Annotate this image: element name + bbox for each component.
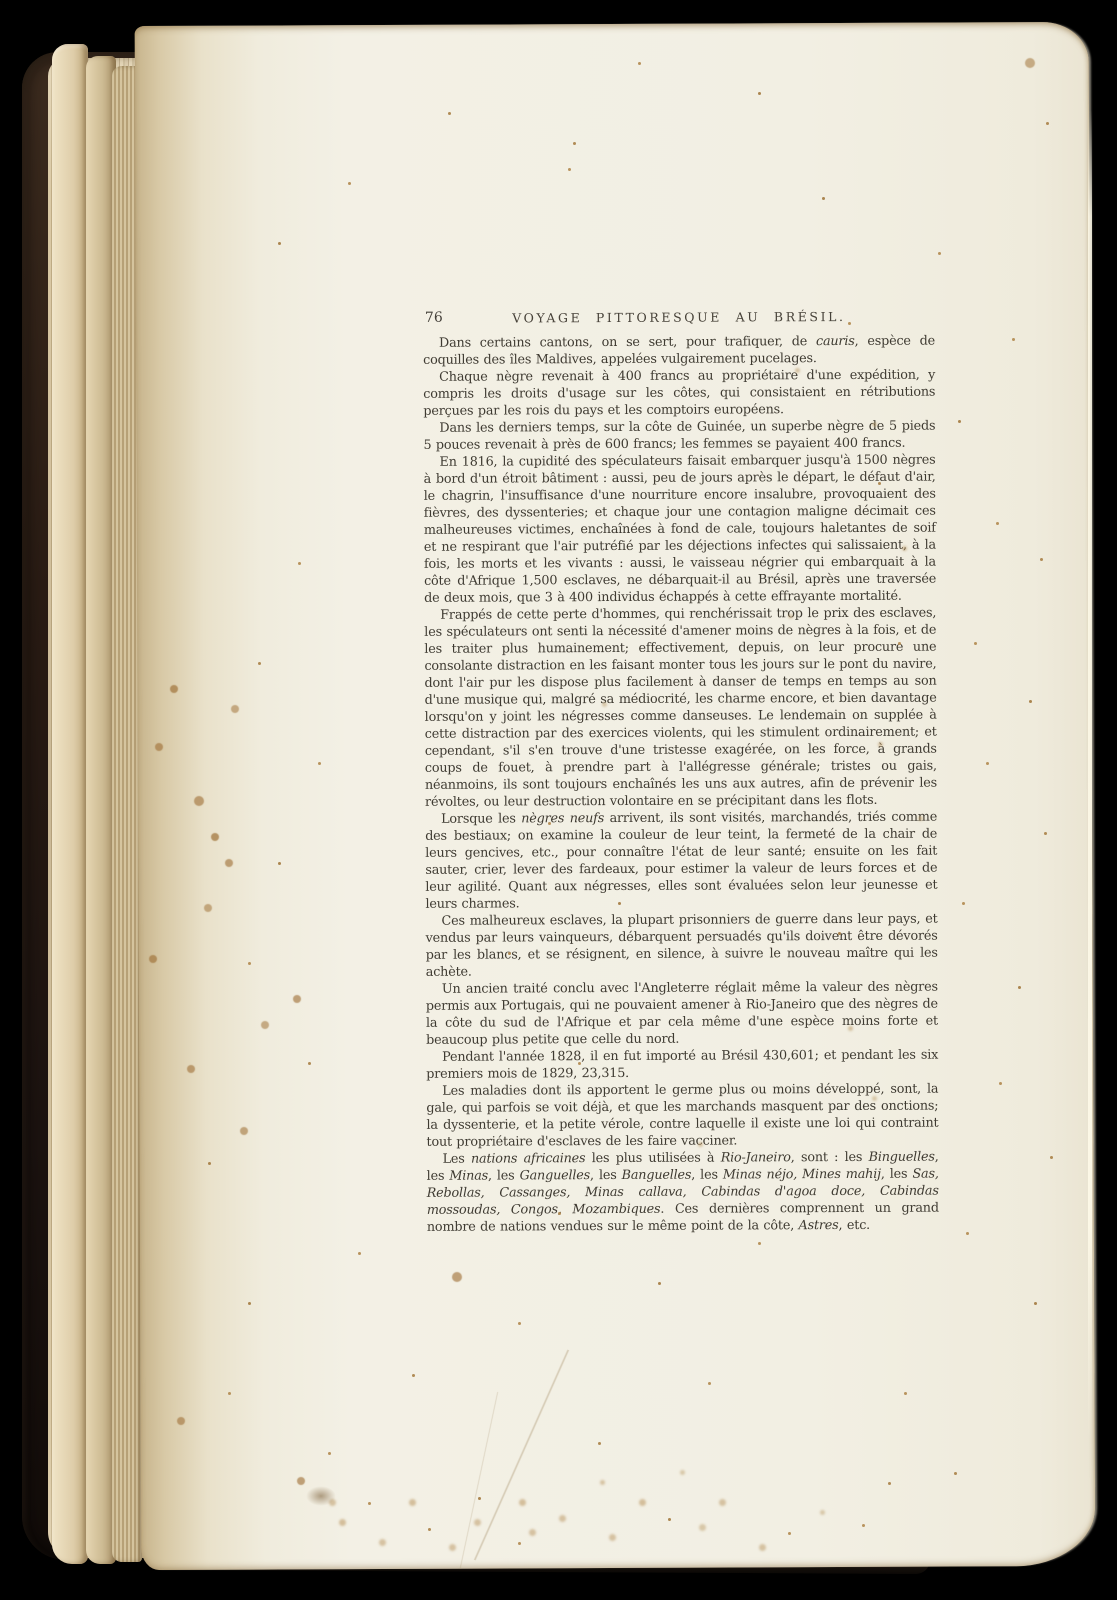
paragraph: Chaque nègre revenait à 400 francs au pr… bbox=[423, 367, 935, 420]
text-segment: Chaque nègre revenait à 400 francs au pr… bbox=[423, 368, 935, 419]
text-segment: , les bbox=[488, 1168, 520, 1183]
text-segment: , les bbox=[590, 1168, 622, 1183]
text-segment: Frappés de cette perte d'hommes, qui ren… bbox=[424, 606, 937, 810]
foxing-spots-small bbox=[0, 0, 3, 3]
text-segment: , les bbox=[881, 1167, 913, 1182]
scanned-book-photo: 76 VOYAGE PITTORESQUE AU BRÉSIL. Dans ce… bbox=[0, 0, 1117, 1600]
paragraph: Lorsque les nègres neufs arrivent, ils s… bbox=[425, 809, 937, 913]
paragraph: Frappés de cette perte d'hommes, qui ren… bbox=[424, 605, 937, 811]
paragraph: Les nations africaines les plus utilisée… bbox=[427, 1149, 939, 1236]
text-segment: Pendant l'année 1828, il en fut importé … bbox=[426, 1048, 938, 1082]
text-segment: , etc. bbox=[838, 1218, 870, 1233]
foxing-spots-faint bbox=[0, 0, 5, 5]
paragraph: Ces malheureux esclaves, la plupart pris… bbox=[426, 911, 938, 981]
text-segment: Lorsque les bbox=[441, 811, 521, 826]
book-page: 76 VOYAGE PITTORESQUE AU BRÉSIL. Dans ce… bbox=[135, 22, 1096, 1570]
running-title: VOYAGE PITTORESQUE AU BRÉSIL. bbox=[423, 309, 935, 326]
paragraph: Les maladies dont ils apportent le germe… bbox=[426, 1081, 938, 1151]
text-segment: Un ancien traité conclu avec l'Angleterr… bbox=[426, 980, 938, 1048]
paragraph: Pendant l'année 1828, il en fut importé … bbox=[426, 1047, 938, 1083]
text-segment: Dans les derniers temps, sur la côte de … bbox=[423, 419, 935, 453]
text-segment: Les bbox=[443, 1152, 471, 1167]
page-edge-sheet bbox=[52, 44, 88, 1564]
text-segment: Les maladies dont ils apportent le germe… bbox=[426, 1082, 938, 1150]
paragraphs: Dans certains cantons, on se sert, pour … bbox=[423, 333, 939, 1236]
italic-text-segment: Astres bbox=[798, 1218, 838, 1233]
page-header: 76 VOYAGE PITTORESQUE AU BRÉSIL. bbox=[423, 305, 935, 329]
text-segment: , sont : les bbox=[791, 1150, 869, 1165]
paragraph: Dans les derniers temps, sur la côte de … bbox=[423, 418, 935, 454]
page-edge-highlight bbox=[1088, 110, 1092, 1440]
text-segment: Dans certains cantons, on se sert, pour … bbox=[439, 334, 816, 351]
text-segment: Ces malheureux esclaves, la plupart pris… bbox=[426, 912, 938, 980]
italic-text-segment: Minas néjo, Mines mahij bbox=[723, 1167, 881, 1183]
paragraph: Dans certains cantons, on se sert, pour … bbox=[423, 333, 935, 369]
text-segment: , les bbox=[691, 1168, 723, 1183]
foxing-spots-medium bbox=[0, 0, 6, 6]
text-segment: En 1816, la cupidité des spéculateurs fa… bbox=[424, 453, 937, 606]
italic-text-segment: nègres neufs bbox=[521, 811, 604, 826]
italic-text-segment: cauris bbox=[816, 334, 855, 349]
italic-text-segment: Ganguelles bbox=[520, 1168, 591, 1183]
paragraph: En 1816, la cupidité des spéculateurs fa… bbox=[424, 452, 937, 607]
italic-text-segment: Banguelles bbox=[622, 1168, 692, 1183]
italic-text-segment: nations africaines bbox=[471, 1151, 585, 1166]
italic-text-segment: Rio-Janeiro bbox=[721, 1150, 791, 1165]
text-segment: les plus utilisées à bbox=[585, 1151, 720, 1167]
text-block: 76 VOYAGE PITTORESQUE AU BRÉSIL. Dans ce… bbox=[423, 305, 939, 1236]
stain-blotch bbox=[306, 1486, 336, 1506]
italic-text-segment: Binguelles bbox=[869, 1150, 935, 1165]
paragraph: Un ancien traité conclu avec l'Angleterr… bbox=[426, 979, 938, 1049]
italic-text-segment: Minas bbox=[449, 1169, 488, 1184]
